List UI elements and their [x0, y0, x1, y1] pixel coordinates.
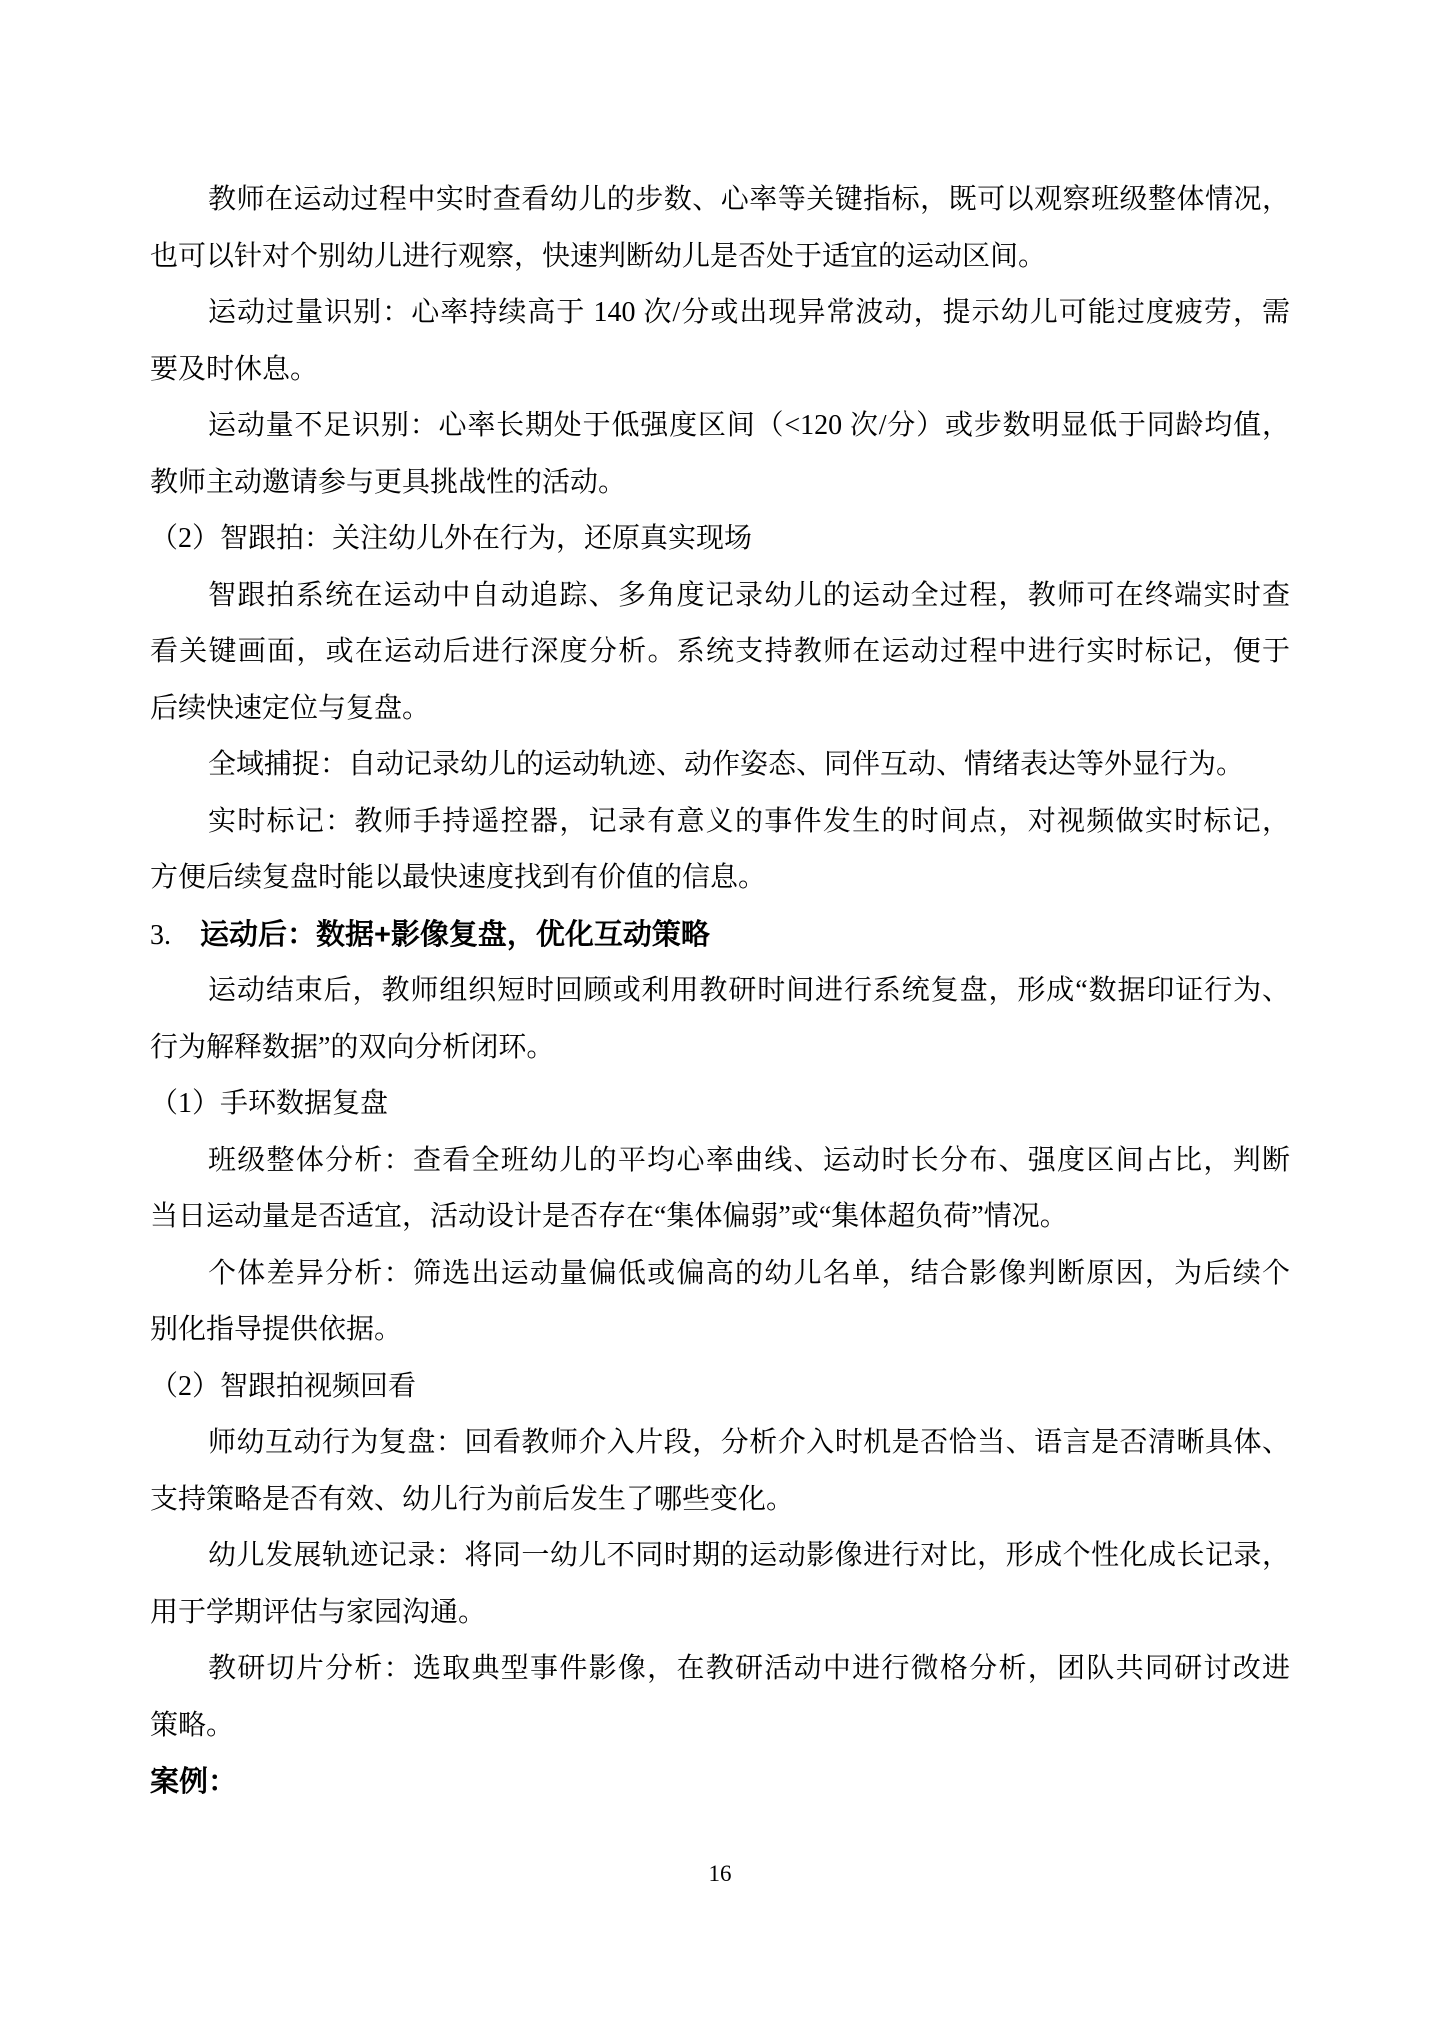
subsection-heading: （2）智跟拍视频回看: [150, 1359, 1290, 1416]
text-line: 运动量不足识别：心率长期处于低强度区间（<120 次/分）或步数明显低于同龄均值…: [150, 398, 1290, 455]
subsection-heading: （2）智跟拍：关注幼儿外在行为，还原真实现场: [150, 511, 1290, 568]
text-line: 用于学期评估与家园沟通。: [150, 1585, 1290, 1642]
text-line: 教师在运动过程中实时查看幼儿的步数、心率等关键指标，既可以观察班级整体情况，: [150, 172, 1290, 229]
text-line: 别化指导提供依据。: [150, 1302, 1290, 1359]
text-line: 方便后续复盘时能以最快速度找到有价值的信息。: [150, 850, 1290, 907]
subsection-heading: （1）手环数据复盘: [150, 1076, 1290, 1133]
case-label: 案例：: [150, 1754, 1290, 1811]
text-line: 师幼互动行为复盘：回看教师介入片段，分析介入时机是否恰当、语言是否清晰具体、: [150, 1415, 1290, 1472]
text-line: 当日运动量是否适宜，活动设计是否存在“集体偏弱”或“集体超负荷”情况。: [150, 1189, 1290, 1246]
text-line: 行为解释数据”的双向分析闭环。: [150, 1020, 1290, 1077]
text-line: 个体差异分析：筛选出运动量偏低或偏高的幼儿名单，结合影像判断原因，为后续个: [150, 1246, 1290, 1303]
section-heading: 3.运动后：数据+影像复盘，优化互动策略: [150, 907, 1290, 964]
document-body: 教师在运动过程中实时查看幼儿的步数、心率等关键指标，既可以观察班级整体情况， 也…: [150, 172, 1290, 1811]
text-line: 实时标记：教师手持遥控器，记录有意义的事件发生的时间点，对视频做实时标记，: [150, 794, 1290, 851]
text-line: 智跟拍系统在运动中自动追踪、多角度记录幼儿的运动全过程，教师可在终端实时查: [150, 568, 1290, 625]
text-line: 全域捕捉：自动记录幼儿的运动轨迹、动作姿态、同伴互动、情绪表达等外显行为。: [150, 737, 1290, 794]
text-line: 看关键画面，或在运动后进行深度分析。系统支持教师在运动过程中进行实时标记，便于: [150, 624, 1290, 681]
text-line: 也可以针对个别幼儿进行观察，快速判断幼儿是否处于适宜的运动区间。: [150, 229, 1290, 286]
text-line: 要及时休息。: [150, 342, 1290, 399]
page-number: 16: [0, 1862, 1440, 1886]
section-title: 运动后：数据+影像复盘，优化互动策略: [200, 919, 710, 951]
document-page: 教师在运动过程中实时查看幼儿的步数、心率等关键指标，既可以观察班级整体情况， 也…: [0, 0, 1440, 2036]
text-line: 策略。: [150, 1698, 1290, 1755]
text-line: 运动过量识别：心率持续高于 140 次/分或出现异常波动，提示幼儿可能过度疲劳，…: [150, 285, 1290, 342]
text-line: 教研切片分析：选取典型事件影像，在教研活动中进行微格分析，团队共同研讨改进: [150, 1641, 1290, 1698]
text-line: 幼儿发展轨迹记录：将同一幼儿不同时期的运动影像进行对比，形成个性化成长记录，: [150, 1528, 1290, 1585]
text-line: 运动结束后，教师组织短时回顾或利用教研时间进行系统复盘，形成“数据印证行为、: [150, 963, 1290, 1020]
text-line: 支持策略是否有效、幼儿行为前后发生了哪些变化。: [150, 1472, 1290, 1529]
text-line: 班级整体分析：查看全班幼儿的平均心率曲线、运动时长分布、强度区间占比，判断: [150, 1133, 1290, 1190]
text-line: 后续快速定位与复盘。: [150, 681, 1290, 738]
section-number: 3.: [150, 908, 200, 965]
text-line: 教师主动邀请参与更具挑战性的活动。: [150, 455, 1290, 512]
